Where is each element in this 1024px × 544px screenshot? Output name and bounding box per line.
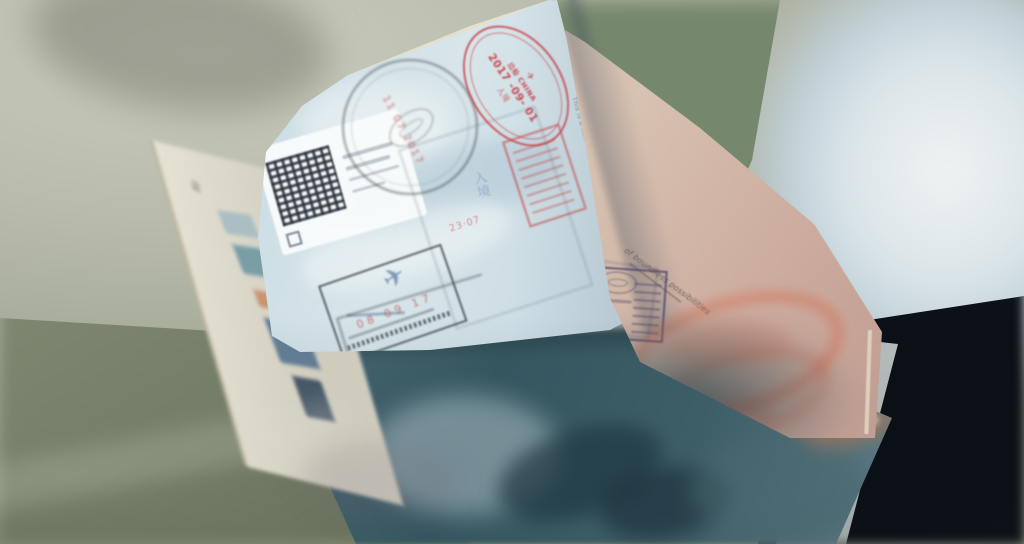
page-number: 06: [189, 178, 199, 193]
flat-page-teal-shape: [690, 440, 870, 540]
glass-reflection-tint: [300, 440, 460, 520]
passport-photo-scene: 06 11 07 2017 ✈ 边检 CHINA: [0, 0, 1024, 544]
back-page-color-strip: [217, 210, 260, 238]
page-edge: [864, 330, 872, 434]
